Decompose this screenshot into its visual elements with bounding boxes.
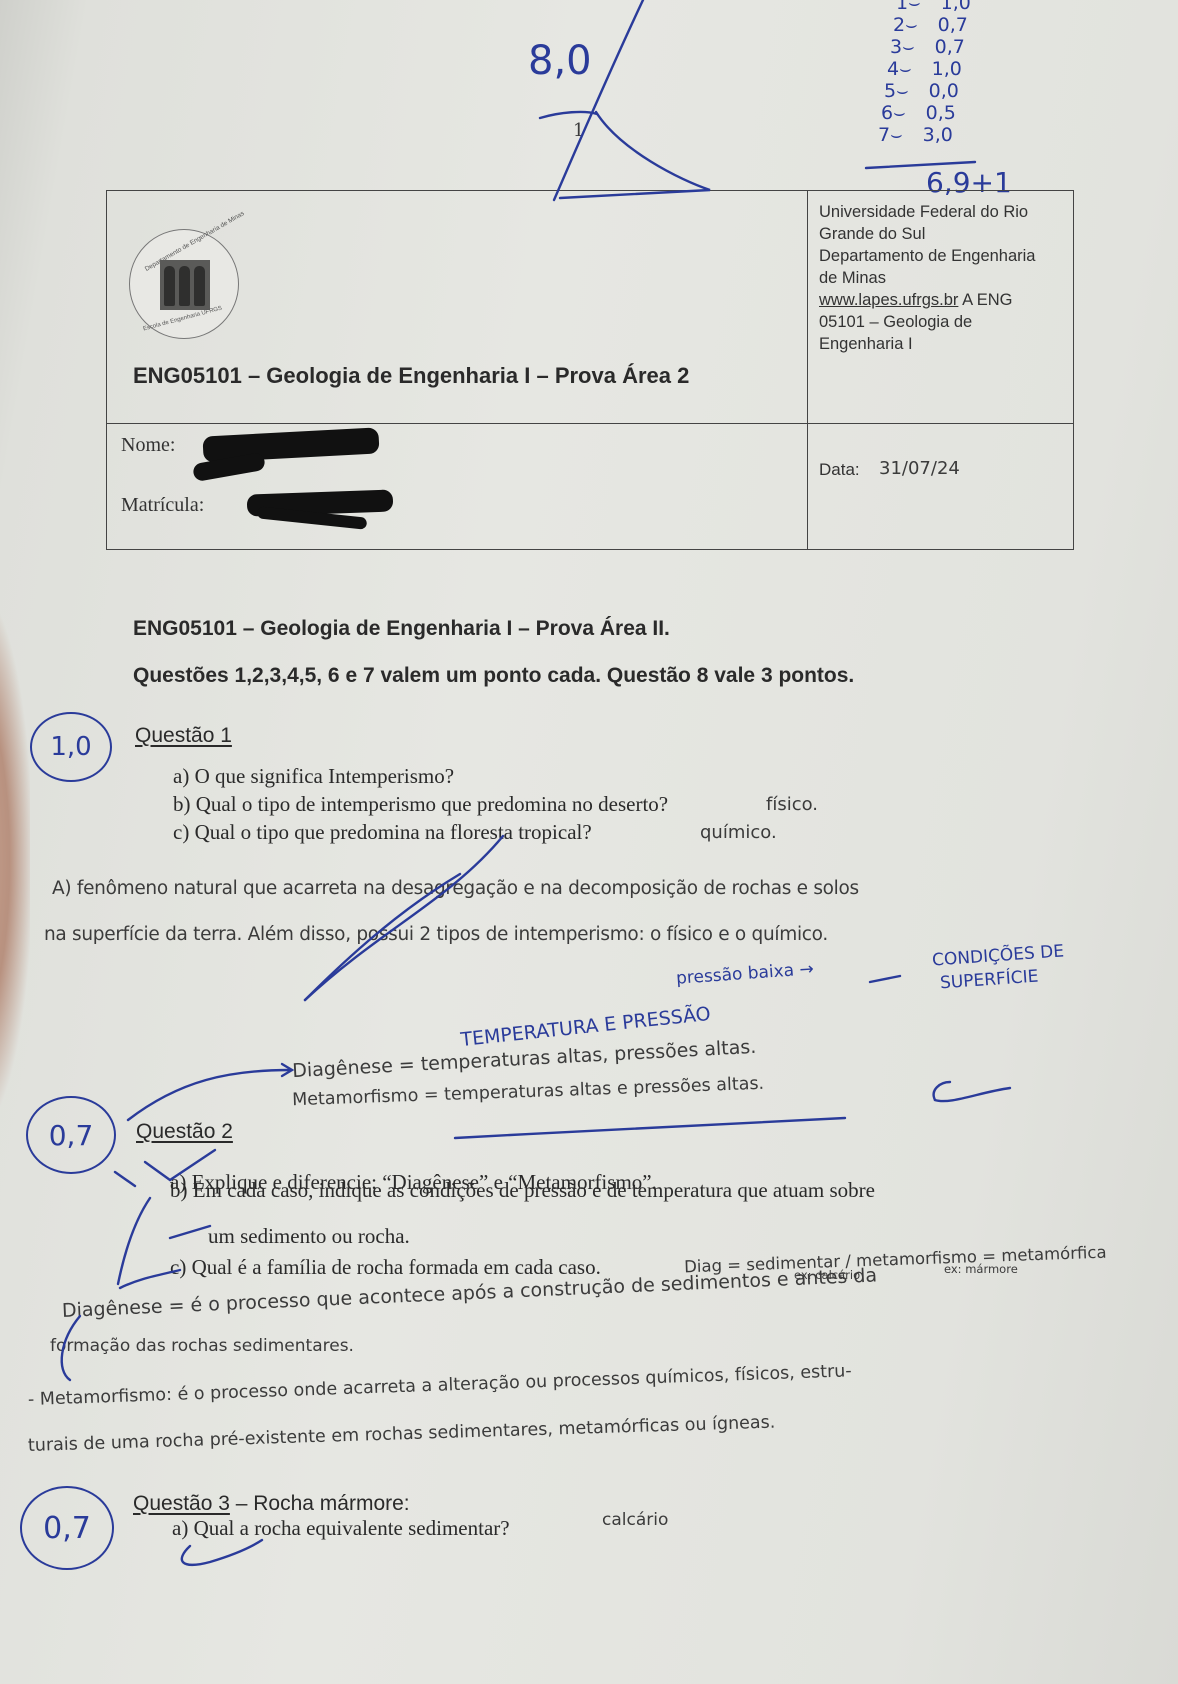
student-fields-cell: Nome: Matrícula: [107, 424, 808, 549]
tally-row: 7⌣ 3,0 [878, 124, 953, 146]
q1-item-b: b) Qual o tipo de intemperismo que predo… [173, 792, 668, 817]
q2-item-b: b) Em cada caso, indique as condições de… [170, 1178, 875, 1203]
tally-score: 0,5 [926, 102, 956, 124]
date-value: 31/07/24 [879, 458, 960, 479]
tally-row: 3⌣ 0,7 [890, 36, 965, 58]
q2-item-b-cont: um sedimento ou rocha. [208, 1224, 410, 1249]
exam-title: ENG05101 – Geologia de Engenharia I – Pr… [133, 617, 670, 641]
institution-line: Grande do Sul [819, 223, 1061, 245]
pencil-mark: 1 [573, 120, 584, 141]
q3-heading-row: Questão 3 – Rocha mármore: [133, 1492, 410, 1516]
tally-row: 6⌣ 0,5 [881, 102, 956, 124]
header-course-title: ENG05101 – Geologia de Engenharia I – Pr… [133, 363, 689, 389]
tally-question: 6⌣ [881, 102, 912, 124]
q1-written-answer-line: A) fenômeno natural que acarreta na desa… [52, 878, 859, 899]
tally-question: 3⌣ [890, 36, 921, 58]
tally-score: 0,7 [938, 14, 968, 36]
tally-row: 4⌣ 1,0 [887, 58, 962, 80]
q1-item-c: c) Qual o tipo que predomina na floresta… [173, 820, 592, 845]
institution-info: Universidade Federal do Rio Grande do Su… [807, 191, 1073, 423]
q2-written-answer-line: formação das rochas sedimentares. [50, 1336, 354, 1356]
institution-line: Universidade Federal do Rio [819, 201, 1061, 223]
q1-grader-note-prefix: pressão baixa → [675, 959, 814, 989]
q1-answer-b: físico. [766, 794, 818, 815]
tally-row: 1⌣ 1,0 [896, 0, 971, 14]
q3-score: 0,7 [20, 1486, 114, 1570]
date-label: Data: [819, 460, 860, 480]
q2-heading: Questão 2 [136, 1120, 233, 1144]
name-label: Nome: [121, 434, 175, 457]
course-line: 05101 – Geologia de [819, 311, 1061, 333]
exam-header-table: Departamento de Engenharia de Minas Esco… [106, 190, 1074, 550]
q3-heading: Questão 3 [133, 1492, 230, 1515]
q2-item-c: c) Qual é a família de rocha formada em … [170, 1255, 601, 1280]
q3-item-a: a) Qual a rocha equivalente sedimentar? [172, 1516, 510, 1541]
tally-question: 4⌣ [887, 58, 918, 80]
tally-row: 5⌣ 0,0 [884, 80, 959, 102]
tally-row: 2⌣ 0,7 [893, 14, 968, 36]
q1-grader-note: superfície [939, 967, 1039, 994]
q1-answer-c: químico. [700, 822, 777, 843]
q3-answer-a: calcário [602, 1510, 668, 1530]
thumb-shadow [0, 600, 30, 1120]
q2-written-answer-line: - Metamorfismo: é o processo onde acarre… [28, 1361, 852, 1410]
institution-line: de Minas [819, 267, 1061, 289]
q2-score: 0,7 [26, 1096, 116, 1174]
tally-score: 0,7 [935, 36, 965, 58]
final-grade: 8,0 [528, 38, 592, 84]
website-suffix: A ENG [958, 291, 1012, 309]
q1-score: 1,0 [30, 712, 112, 782]
tally-score: 1,0 [932, 58, 962, 80]
q2-written-answer-line: turais de uma rocha pré-existente em roc… [28, 1413, 776, 1456]
exam-instructions: Questões 1,2,3,4,5, 6 e 7 valem um ponto… [133, 664, 854, 688]
q1-item-a: a) O que significa Intemperismo? [173, 764, 454, 789]
q1-written-answer-line: na superfície da terra. Além disso, poss… [44, 924, 828, 945]
website-link[interactable]: www.lapes.ufrgs.br [819, 291, 958, 309]
q2-answer-b-line: Metamorfismo = temperaturas altas e pres… [292, 1074, 765, 1110]
tally-question: 1⌣ [896, 0, 927, 14]
logo-photo [160, 260, 210, 310]
tally-score: 3,0 [923, 124, 953, 146]
department-logo: Departamento de Engenharia de Minas Esco… [129, 229, 239, 339]
tally-score: 1,0 [941, 0, 971, 14]
q1-heading: Questão 1 [135, 724, 232, 748]
q1-grader-note: condições de [931, 941, 1064, 970]
q3-heading-suffix: – Rocha mármore: [230, 1492, 410, 1515]
header-title-cell: Departamento de Engenharia de Minas Esco… [107, 191, 808, 423]
tally-question: 5⌣ [884, 80, 915, 102]
institution-line: Departamento de Engenharia [819, 245, 1061, 267]
id-label: Matrícula: [121, 494, 204, 517]
student-info-row: Nome: Matrícula: Data: 31/07/24 [107, 423, 1073, 549]
course-line: Engenharia I [819, 333, 1061, 355]
tally-question: 2⌣ [893, 14, 924, 36]
tally-score: 0,0 [929, 80, 959, 102]
q2-answer-c-example: ex: mármore [944, 1262, 1018, 1276]
tally-question: 7⌣ [878, 124, 909, 146]
